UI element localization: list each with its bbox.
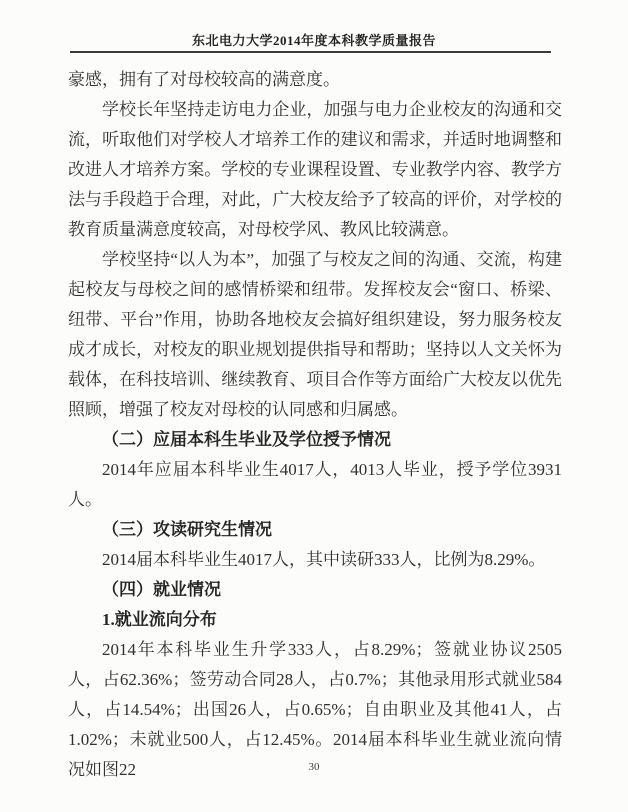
page-number: 30 <box>309 761 320 773</box>
page-footer: 30 <box>0 757 628 775</box>
paragraph-alumni-visits: 学校长年坚持走访电力企业，加强与电力企业校友的沟通和交流，听取他们对学校人才培养… <box>68 95 562 245</box>
running-header-title: 东北电力大学2014年度本科教学质量报告 <box>192 33 436 48</box>
section-heading-employment: （四）就业情况 <box>68 575 562 605</box>
document-page: 东北电力大学2014年度本科教学质量报告 豪感，拥有了对母校较高的满意度。 学校… <box>0 0 628 812</box>
paragraph-graduation-stats: 2014年应届本科毕业生4017人，4013人毕业，授予学位3931人。 <box>68 455 562 515</box>
page-header: 东北电力大学2014年度本科教学质量报告 <box>0 30 628 50</box>
paragraph-postgraduate-stats: 2014届本科毕业生4017人，其中读研333人，比例为8.29%。 <box>68 545 562 575</box>
section-heading-graduation: （二）应届本科生毕业及学位授予情况 <box>68 425 562 455</box>
paragraph-continued: 豪感，拥有了对母校较高的满意度。 <box>68 65 562 95</box>
section-heading-postgraduate: （三）攻读研究生情况 <box>68 515 562 545</box>
subsection-heading-employment-flow: 1.就业流向分布 <box>68 605 562 635</box>
paragraph-people-oriented: 学校坚持“以人为本”，加强了与校友之间的沟通、交流，构建起校友与母校之间的感情桥… <box>68 245 562 425</box>
header-rule <box>70 51 551 53</box>
document-body: 豪感，拥有了对母校较高的满意度。 学校长年坚持走访电力企业，加强与电力企业校友的… <box>68 65 562 785</box>
